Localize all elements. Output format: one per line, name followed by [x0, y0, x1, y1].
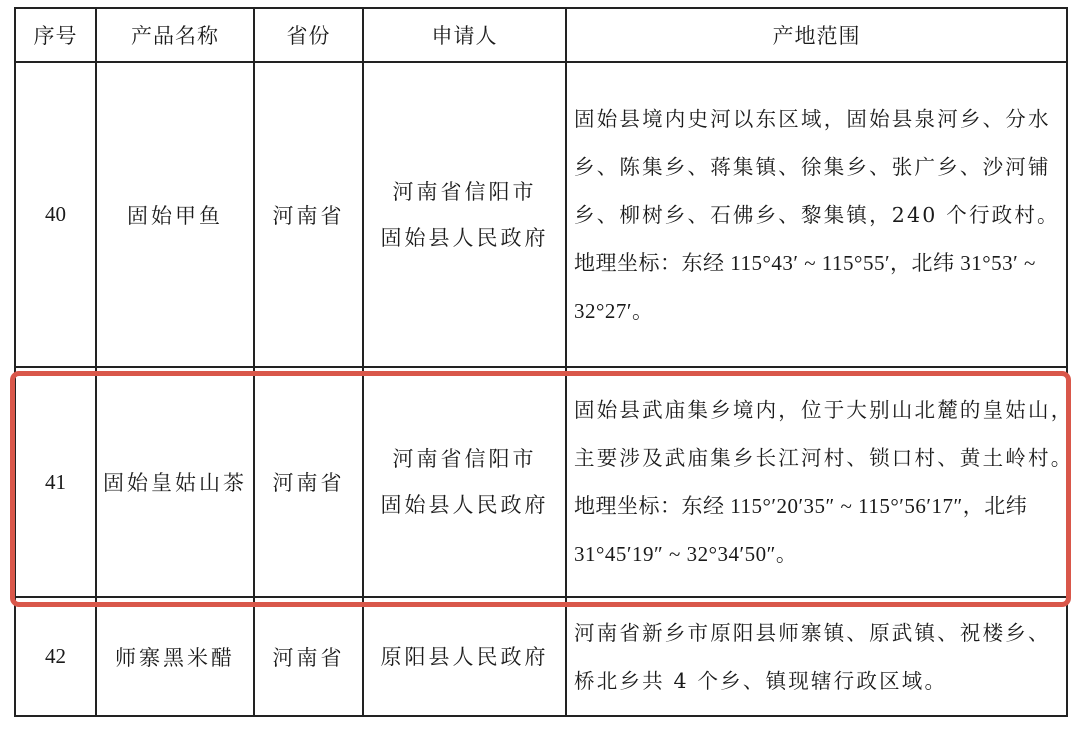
coordinate-line: 32°27′。: [574, 287, 1060, 335]
header-province: 省份: [254, 8, 363, 62]
range-line: 固始县武庙集乡境内，位于大别山北麓的皇姑山，: [574, 386, 1060, 434]
product-name: 固始甲鱼: [96, 62, 254, 367]
applicant-line: 固始县人民政府: [364, 482, 565, 528]
applicant: 河南省信阳市 固始县人民政府: [363, 62, 566, 367]
row-number: 40: [15, 62, 96, 367]
province: 河南省: [254, 367, 363, 597]
table-header-row: 序号 产品名称 省份 申请人 产地范围: [15, 8, 1067, 62]
row-number: 41: [15, 367, 96, 597]
range-line: 河南省新乡市原阳县师寨镇、原武镇、祝楼乡、: [574, 609, 1060, 657]
coordinate-line: 31°45′19″ ~ 32°34′50″。: [574, 530, 1060, 578]
header-applicant: 申请人: [363, 8, 566, 62]
applicant-line: 河南省信阳市: [364, 436, 565, 482]
province: 河南省: [254, 597, 363, 716]
production-range: 固始县境内史河以东区域，固始县泉河乡、分水 乡、陈集乡、蒋集镇、徐集乡、张广乡、…: [566, 62, 1067, 367]
product-name: 师寨黑米醋: [96, 597, 254, 716]
coordinate-line: 地理坐标：东经 115°43′ ~ 115°55′，北纬 31°53′ ~: [574, 239, 1060, 287]
applicant: 河南省信阳市 固始县人民政府: [363, 367, 566, 597]
applicant: 原阳县人民政府: [363, 597, 566, 716]
table-row: 42 师寨黑米醋 河南省 原阳县人民政府 河南省新乡市原阳县师寨镇、原武镇、祝楼…: [15, 597, 1067, 716]
coordinate-line: 地理坐标：东经 115°′20′35″ ~ 115°′56′17″，北纬: [574, 482, 1060, 530]
range-line: 桥北乡共 4 个乡、镇现辖行政区域。: [574, 657, 1060, 705]
production-range: 固始县武庙集乡境内，位于大别山北麓的皇姑山， 主要涉及武庙集乡长江河村、锁口村、…: [566, 367, 1067, 597]
row-number: 42: [15, 597, 96, 716]
table-row-highlighted: 41 固始皇姑山茶 河南省 河南省信阳市 固始县人民政府 固始县武庙集乡境内，位…: [15, 367, 1067, 597]
applicant-line: 原阳县人民政府: [364, 634, 565, 680]
range-line: 乡、柳树乡、石佛乡、黎集镇，240 个行政村。: [574, 191, 1060, 239]
province: 河南省: [254, 62, 363, 367]
range-line: 乡、陈集乡、蒋集镇、徐集乡、张广乡、沙河铺: [574, 143, 1060, 191]
range-line: 主要涉及武庙集乡长江河村、锁口村、黄土岭村。: [574, 434, 1060, 482]
header-product-name: 产品名称: [96, 8, 254, 62]
product-name: 固始皇姑山茶: [96, 367, 254, 597]
geographical-indication-table: 序号 产品名称 省份 申请人 产地范围 40 固始甲鱼 河南省 河南省信阳市 固…: [14, 7, 1068, 717]
applicant-line: 河南省信阳市: [364, 169, 565, 215]
header-no: 序号: [15, 8, 96, 62]
range-line: 固始县境内史河以东区域，固始县泉河乡、分水: [574, 95, 1060, 143]
header-production-range: 产地范围: [566, 8, 1067, 62]
production-range: 河南省新乡市原阳县师寨镇、原武镇、祝楼乡、 桥北乡共 4 个乡、镇现辖行政区域。: [566, 597, 1067, 716]
applicant-line: 固始县人民政府: [364, 215, 565, 261]
table-row: 40 固始甲鱼 河南省 河南省信阳市 固始县人民政府 固始县境内史河以东区域，固…: [15, 62, 1067, 367]
